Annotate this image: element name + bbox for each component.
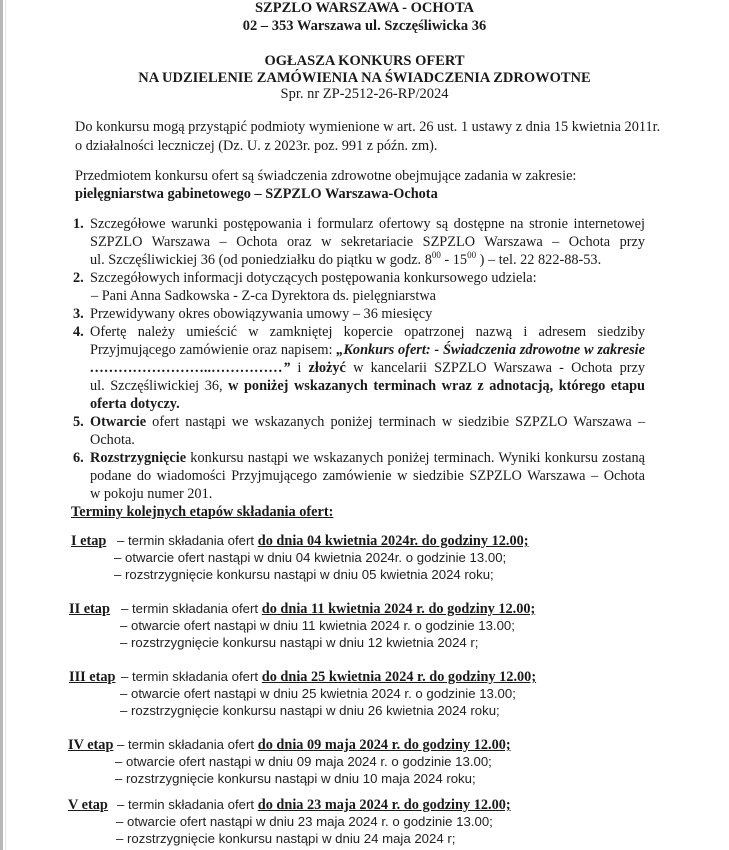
stage-resolution: – rozstrzygnięcie konkursu nastąpi w dni… <box>120 634 478 652</box>
stage-label: IV etap <box>68 736 113 754</box>
announcement-title: OGŁASZA KONKURS OFERT <box>0 52 729 70</box>
deadline-text: do dnia 23 maja 2024 r. do godziny 12.00… <box>258 797 511 813</box>
item-4-bold-text: złożyć <box>309 360 346 376</box>
stage-submission-deadline: – termin składania ofert do dnia 09 maja… <box>117 736 511 754</box>
item-6-bold-text: Rozstrzygnięcie <box>90 450 186 466</box>
hours-text: - 15 <box>441 252 467 268</box>
stage-resolution: – rozstrzygnięcie konkursu nastąpi w dni… <box>115 770 476 788</box>
deadline-text: do dnia 09 maja 2024 r. do godziny 12.00… <box>258 737 511 753</box>
item-4-bold-text: w poniżej wskazanych terminach wraz z ad… <box>228 378 645 394</box>
stage-label: III etap <box>69 668 115 686</box>
org-name: SZPZLO WARSZAWA - OCHOTA <box>0 0 729 17</box>
submission-prefix: – termin składania ofert <box>117 737 258 752</box>
submission-prefix: – termin składania ofert <box>117 533 258 548</box>
stage-label: II etap <box>69 600 110 618</box>
submission-prefix: – termin składania ofert <box>117 797 258 812</box>
hours-superscript: 00 <box>467 250 476 260</box>
stage-submission-deadline: – termin składania ofert do dnia 25 kwie… <box>121 668 536 686</box>
stage-opening: – otwarcie ofert nastąpi w dniu 11 kwiet… <box>120 617 515 635</box>
item-6-line-1: Rozstrzygnięcie konkursu nastąpi we wska… <box>90 449 645 467</box>
item-4-line-3: ……………………..……………” i złożyć w kancelarii S… <box>90 359 645 377</box>
stage-submission-deadline: – termin składania ofert do dnia 04 kwie… <box>117 532 529 550</box>
item-1-line-1: Szczegółowe warunki postępowania i formu… <box>90 215 645 233</box>
deadline-text: do dnia 11 kwietnia 2024 r. do godziny 1… <box>262 601 536 617</box>
item-4-text: ul. Szczęśliwickiej 36, <box>90 378 228 394</box>
page-edge-shadow <box>5 0 6 850</box>
stage-resolution: – rozstrzygnięcie konkursu nastąpi w dni… <box>114 566 494 584</box>
item-6-line-3: w pokoju numer 201. <box>90 485 212 503</box>
subject-line-1: Przedmiotem konkursu ofert są świadczeni… <box>75 167 576 185</box>
item-5-line-2: Ochota. <box>90 431 135 449</box>
item-number: 1. <box>73 215 84 233</box>
item-number: 6. <box>73 449 84 467</box>
item-1-line-3: ul. Szczęśliwickiej 36 (od poniedziałku … <box>90 251 601 269</box>
stage-label: I etap <box>71 532 106 550</box>
eligibility-line-2: o działalności leczniczej (Dz. U. z 2023… <box>75 137 437 155</box>
schedule-heading: Terminy kolejnych etapów składania ofert… <box>71 503 333 521</box>
envelope-inscription-blank: ……………………..……………” <box>90 360 290 376</box>
page-edge-rule <box>0 0 3 850</box>
envelope-inscription: „Konkurs ofert: - Świadczenia zdrowotne … <box>336 342 645 358</box>
eligibility-line-1: Do konkursu mogą przystąpić podmioty wym… <box>75 118 660 136</box>
deadline-text: do dnia 04 kwietnia 2024r. do godziny 12… <box>258 533 529 549</box>
item-4-text: w kancelarii SZPZLO Warszawa - Ochota pr… <box>346 360 645 376</box>
item-4-line-5: oferta dotyczy. <box>90 395 180 413</box>
item-5-bold-text: Otwarcie <box>90 414 146 430</box>
item-4-text: Przyjmującego zamówienie oraz napisem: <box>90 342 336 358</box>
item-2-line-1: Szczegółowych informacji dotyczących pos… <box>90 269 537 287</box>
item-1-line-2: SZPZLO Warszawa – Ochota oraz w sekretar… <box>90 233 645 251</box>
stage-submission-deadline: – termin składania ofert do dnia 11 kwie… <box>121 600 535 618</box>
stage-submission-deadline: – termin składania ofert do dnia 23 maja… <box>117 796 511 814</box>
item-number: 3. <box>73 305 84 323</box>
hours-text: ul. Szczęśliwickiej 36 (od poniedziałku … <box>90 252 432 268</box>
item-6-line-2: podane do wiadomości Przyjmującego zamów… <box>90 467 645 485</box>
item-number: 4. <box>73 323 84 341</box>
deadline-text: do dnia 25 kwietnia 2024 r. do godziny 1… <box>262 669 536 685</box>
item-4-line-2: Przyjmującego zamówienie oraz napisem: „… <box>90 341 645 359</box>
item-4-line-1: Ofertę należy umieścić w zamkniętej kope… <box>90 323 645 341</box>
item-4-line-4: ul. Szczęśliwickiej 36, w poniżej wskaza… <box>90 377 645 395</box>
submission-prefix: – termin składania ofert <box>121 601 262 616</box>
stage-opening: – otwarcie ofert nastąpi w dniu 04 kwiet… <box>114 549 506 567</box>
item-5-text: ofert nastąpi we wskazanych poniżej term… <box>146 414 645 430</box>
item-number: 2. <box>73 269 84 287</box>
item-3-line-1: Przewidywany okres obowiązywania umowy –… <box>90 305 432 323</box>
stage-opening: – otwarcie ofert nastąpi w dniu 25 kwiet… <box>120 685 516 703</box>
item-5-line-1: Otwarcie ofert nastąpi we wskazanych pon… <box>90 413 645 431</box>
stage-opening: – otwarcie ofert nastąpi w dniu 09 maja … <box>115 753 492 771</box>
stage-resolution: – rozstrzygnięcie konkursu nastąpi w dni… <box>116 830 455 848</box>
item-4-text: i <box>290 360 308 376</box>
subject-line-2: pielęgniarstwa gabinetowego – SZPZLO War… <box>75 185 438 203</box>
org-address: 02 – 353 Warszawa ul. Szczęśliwicka 36 <box>0 17 729 35</box>
item-2-contact-person: – Pani Anna Sadkowska - Z-ca Dyrektora d… <box>91 287 436 305</box>
case-number: Spr. nr ZP-2512-26-RP/2024 <box>0 85 729 103</box>
item-number: 5. <box>73 413 84 431</box>
stage-opening: – otwarcie ofert nastąpi w dniu 23 maja … <box>116 813 493 831</box>
hours-superscript: 00 <box>432 250 441 260</box>
stage-resolution: – rozstrzygnięcie konkursu nastąpi w dni… <box>120 702 500 720</box>
item-6-text: konkursu nastąpi we wskazanych poniżej t… <box>186 450 645 466</box>
stage-label: V etap <box>68 796 108 814</box>
submission-prefix: – termin składania ofert <box>121 669 262 684</box>
phone-text: ) – tel. 22 822-88-53. <box>476 252 601 268</box>
